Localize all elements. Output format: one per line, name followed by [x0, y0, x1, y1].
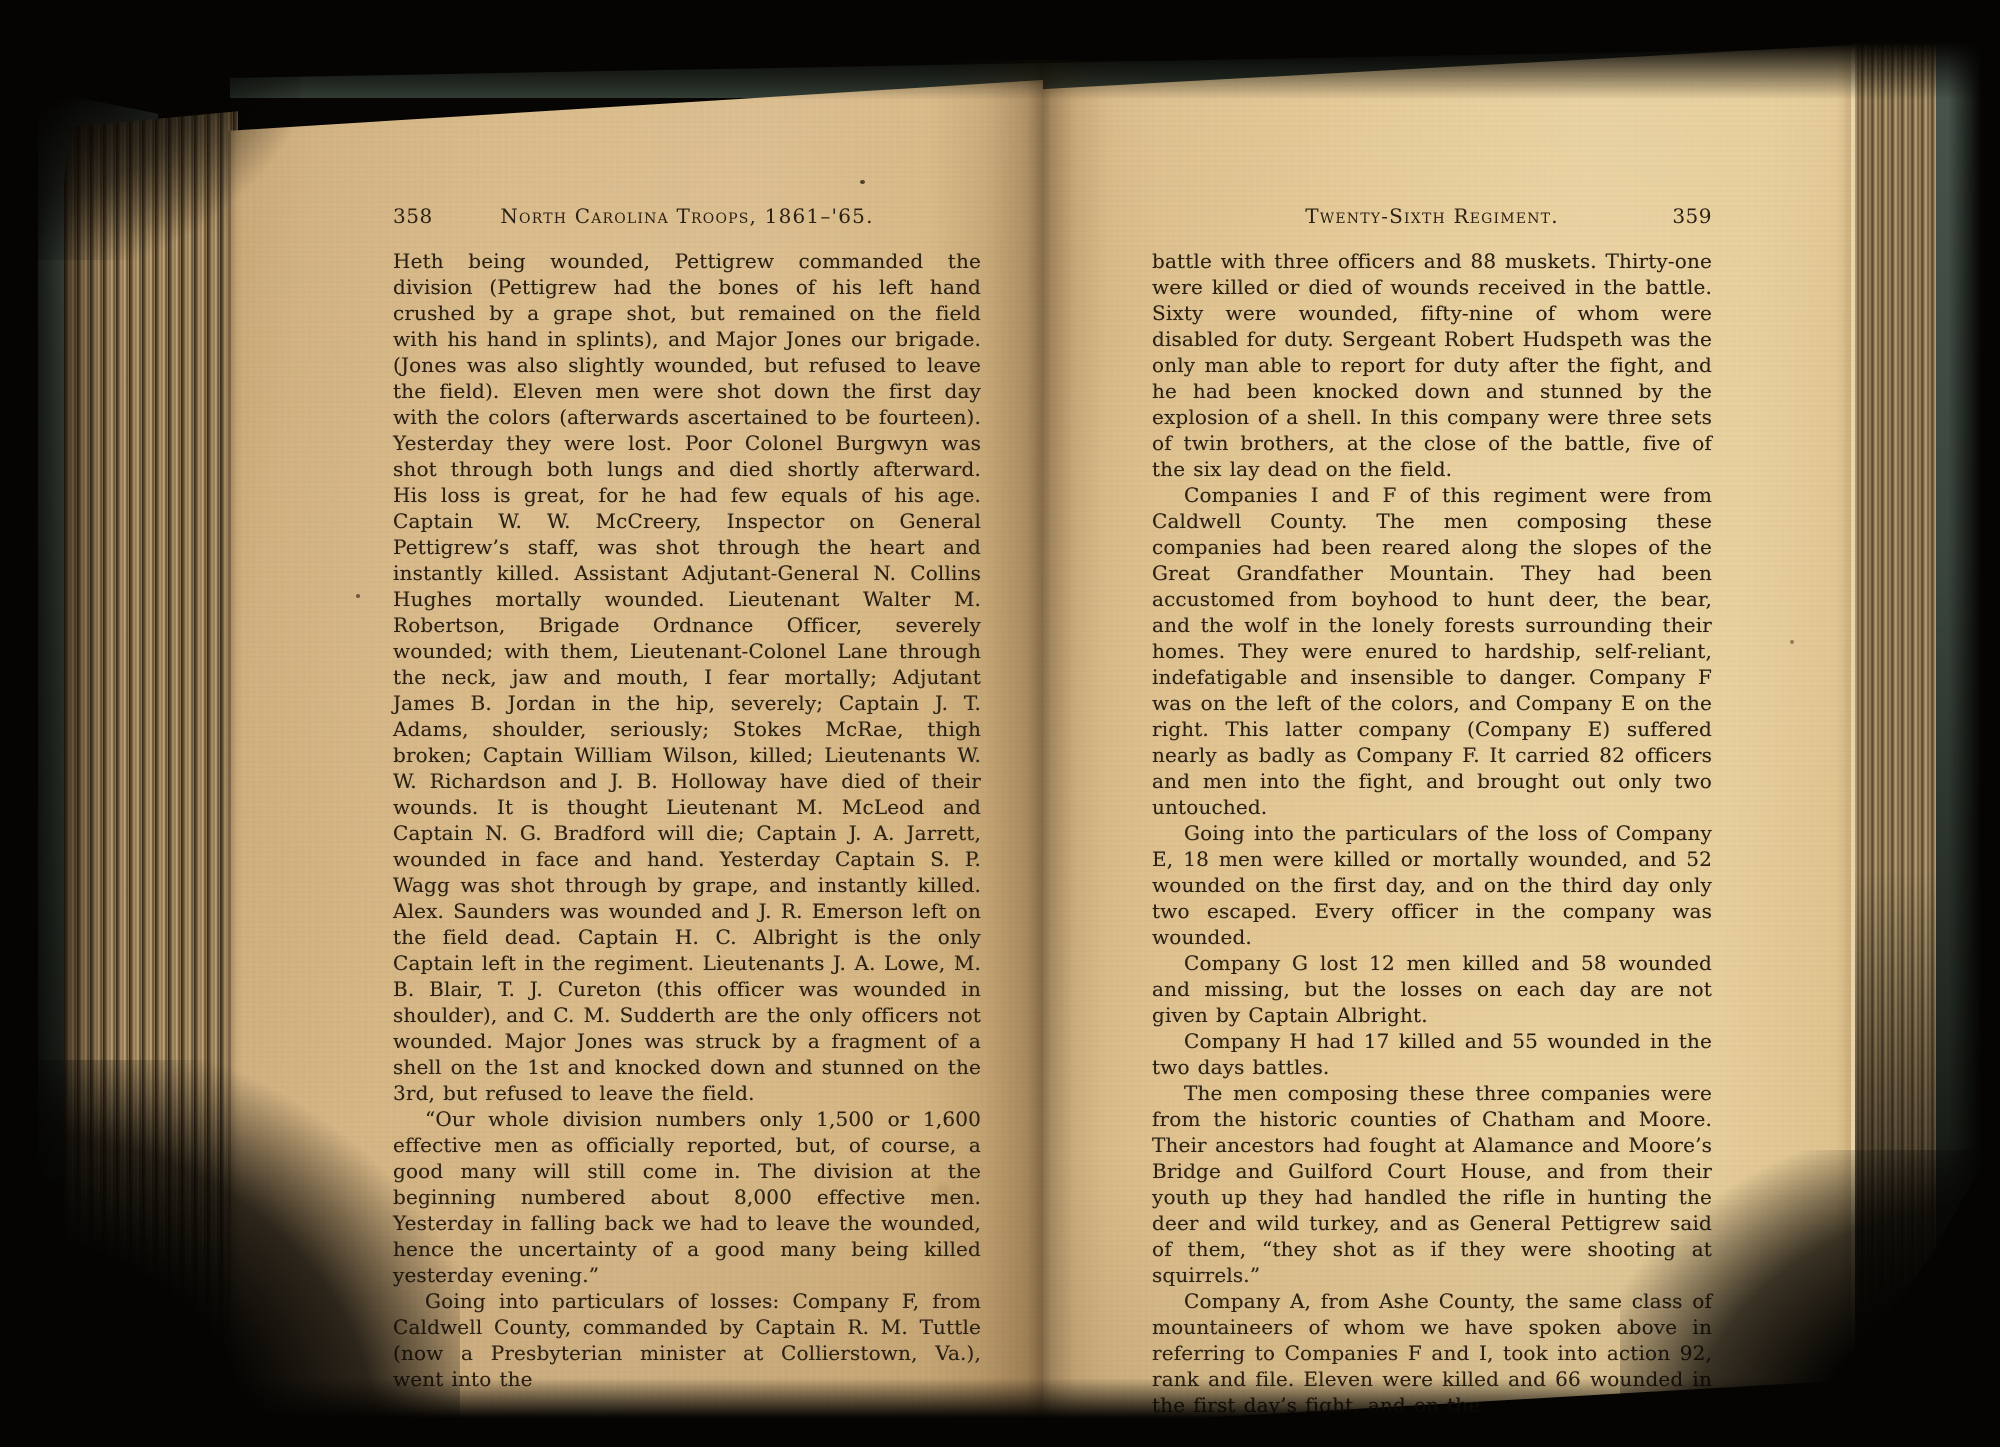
paragraph: Company A, from Ashe County, the same cl… [1152, 1288, 1712, 1418]
paragraph: battle with three officers and 88 musket… [1152, 248, 1712, 482]
page-number-right: 359 [1672, 204, 1712, 228]
page-edge-stack-right [1852, 34, 1936, 1382]
left-page-header: 358 North Carolina Troops, 1861–'65. [393, 204, 981, 234]
page-number-left: 358 [393, 204, 433, 228]
right-page-content: Twenty-Sixth Regiment. 359 battle with t… [1152, 204, 1712, 1418]
paragraph: Heth being wounded, Pettigrew commanded … [393, 248, 981, 1106]
paragraph: Company G lost 12 men killed and 58 woun… [1152, 950, 1712, 1028]
left-page-content: 358 North Carolina Troops, 1861–'65. Het… [393, 204, 981, 1392]
right-page-header: Twenty-Sixth Regiment. 359 [1152, 204, 1712, 234]
paragraph: Companies I and F of this regiment were … [1152, 482, 1712, 820]
running-title-right: Twenty-Sixth Regiment. [1305, 204, 1559, 228]
left-page-body: Heth being wounded, Pettigrew commanded … [393, 248, 981, 1392]
under-page-edge-right [1060, 1420, 1790, 1435]
book-photo: 358 North Carolina Troops, 1861–'65. Het… [0, 0, 2000, 1447]
paragraph: “Our whole division numbers only 1,500 o… [393, 1106, 981, 1288]
paragraph: Company H had 17 killed and 55 wounded i… [1152, 1028, 1712, 1080]
running-title-left: North Carolina Troops, 1861–'65. [500, 204, 873, 228]
paragraph: Going into the particulars of the loss o… [1152, 820, 1712, 950]
page-edge-stack-left [64, 106, 238, 1418]
paragraph: Going into particulars of losses: Compan… [393, 1288, 981, 1392]
paragraph: The men composing these three companies … [1152, 1080, 1712, 1288]
right-page-body: battle with three officers and 88 musket… [1152, 248, 1712, 1418]
